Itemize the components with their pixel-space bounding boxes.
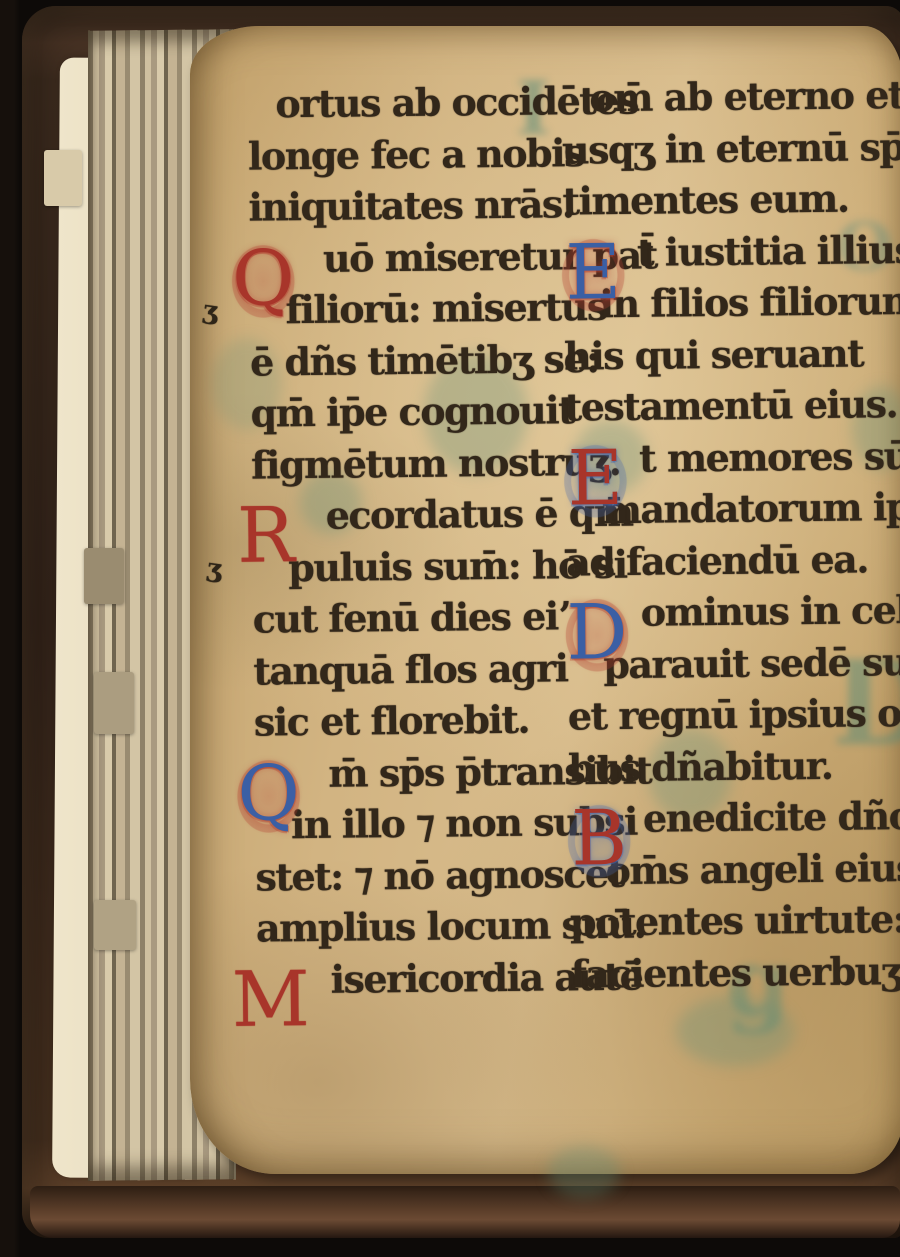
text-line: iniquitates nrās.	[248, 181, 551, 236]
line-text: iniquitates nrās.	[248, 181, 574, 229]
line-text: ē dñs timētibʒ se:	[250, 335, 599, 384]
text-line: potentes uirtute:	[570, 896, 873, 951]
line-text: his qui seruant	[564, 330, 864, 378]
fore-edge-tab	[44, 150, 82, 206]
line-text: usqʒ in eternū sp̄	[562, 124, 900, 173]
leather-cover-bottom-edge	[30, 1186, 900, 1238]
illuminated-initial: Q	[224, 744, 313, 847]
text-line: figmētum nostruʒ.	[251, 439, 554, 494]
line-text: facientes uerbuʒ	[570, 948, 900, 996]
text-line: stet: ⁊ nō agnoscet	[255, 851, 558, 906]
line-text: testamentū eius.	[564, 381, 897, 429]
text-line: om̄ ab eterno et	[561, 72, 864, 127]
text-line: Et iustitia illius	[563, 227, 866, 282]
line-text: sic et florebit.	[254, 697, 530, 745]
text-line: cut fenū dies eiʼ	[253, 593, 556, 648]
line-text: potentes uirtute:	[570, 896, 900, 945]
line-text: om̄ ab eterno et	[561, 72, 900, 121]
text-line: Quō miseretur pat̄	[249, 233, 552, 288]
line-text: ad faciendū ea.	[566, 536, 868, 584]
text-line: usqʒ in eternū sp̄	[562, 124, 865, 179]
text-line: ortus ab occidētes	[247, 78, 550, 133]
text-line: Dominus in celo	[567, 587, 870, 642]
text-line: testamentū eius.	[564, 381, 867, 436]
line-text: et regnū ipsius oī	[568, 690, 900, 739]
text-line: his qui seruant	[564, 330, 867, 385]
line-text: qm̄ ip̄e cognouit	[250, 387, 574, 435]
text-line: facientes uerbuʒ	[570, 948, 873, 1003]
text-column-left: ortus ab occidētes longe fec a nobis ini…	[247, 78, 559, 1008]
text-line: Qm̄ sp̄s p̄transibit	[254, 748, 557, 803]
text-column-right: om̄ ab eterno et usqʒ in eternū sp̄ time…	[561, 72, 873, 1002]
text-line: Misericordia autē	[256, 954, 559, 1009]
text-line: Benedicite dño	[569, 793, 872, 848]
text-line: amplius locum suū.	[256, 902, 559, 957]
fore-edge-tab	[94, 672, 134, 734]
showthrough-stain	[676, 996, 794, 1066]
showthrough-stain	[548, 1146, 620, 1198]
line-text: tanquā flos agri	[253, 645, 568, 693]
line-text: longe fec a nobis	[248, 130, 584, 179]
line-text: cut fenū dies eiʼ	[253, 593, 570, 641]
text-line: longe fec a nobis	[248, 130, 551, 185]
fore-edge-tab	[84, 548, 124, 604]
text-line: tanquā flos agri	[253, 645, 556, 700]
text-line: Et memores sūt	[565, 433, 868, 488]
manuscript-photo: I O D g ortus ab occidētes longe fec a n…	[0, 0, 900, 1257]
illuminated-initial: M	[226, 950, 315, 1053]
illuminated-initial: R	[221, 487, 310, 590]
text-line: bus dñabitur.	[568, 742, 871, 797]
text-line: ē dñs timētibʒ se:	[250, 336, 553, 391]
line-text: bus dñabitur.	[568, 742, 833, 790]
text-line: timentes eum.	[562, 175, 865, 230]
text-line: qm̄ ip̄e cognouit	[250, 387, 553, 442]
text-line: ad faciendū ea.	[566, 536, 869, 591]
text-line: sic et florebit.	[254, 696, 557, 751]
text-line: Recordatus ē qm̄	[251, 490, 554, 545]
illuminated-initial: Q	[219, 229, 308, 332]
fore-edge-tab	[94, 900, 136, 950]
text-line: et regnū ipsius oī	[568, 690, 871, 745]
line-text: timentes eum.	[562, 176, 849, 224]
